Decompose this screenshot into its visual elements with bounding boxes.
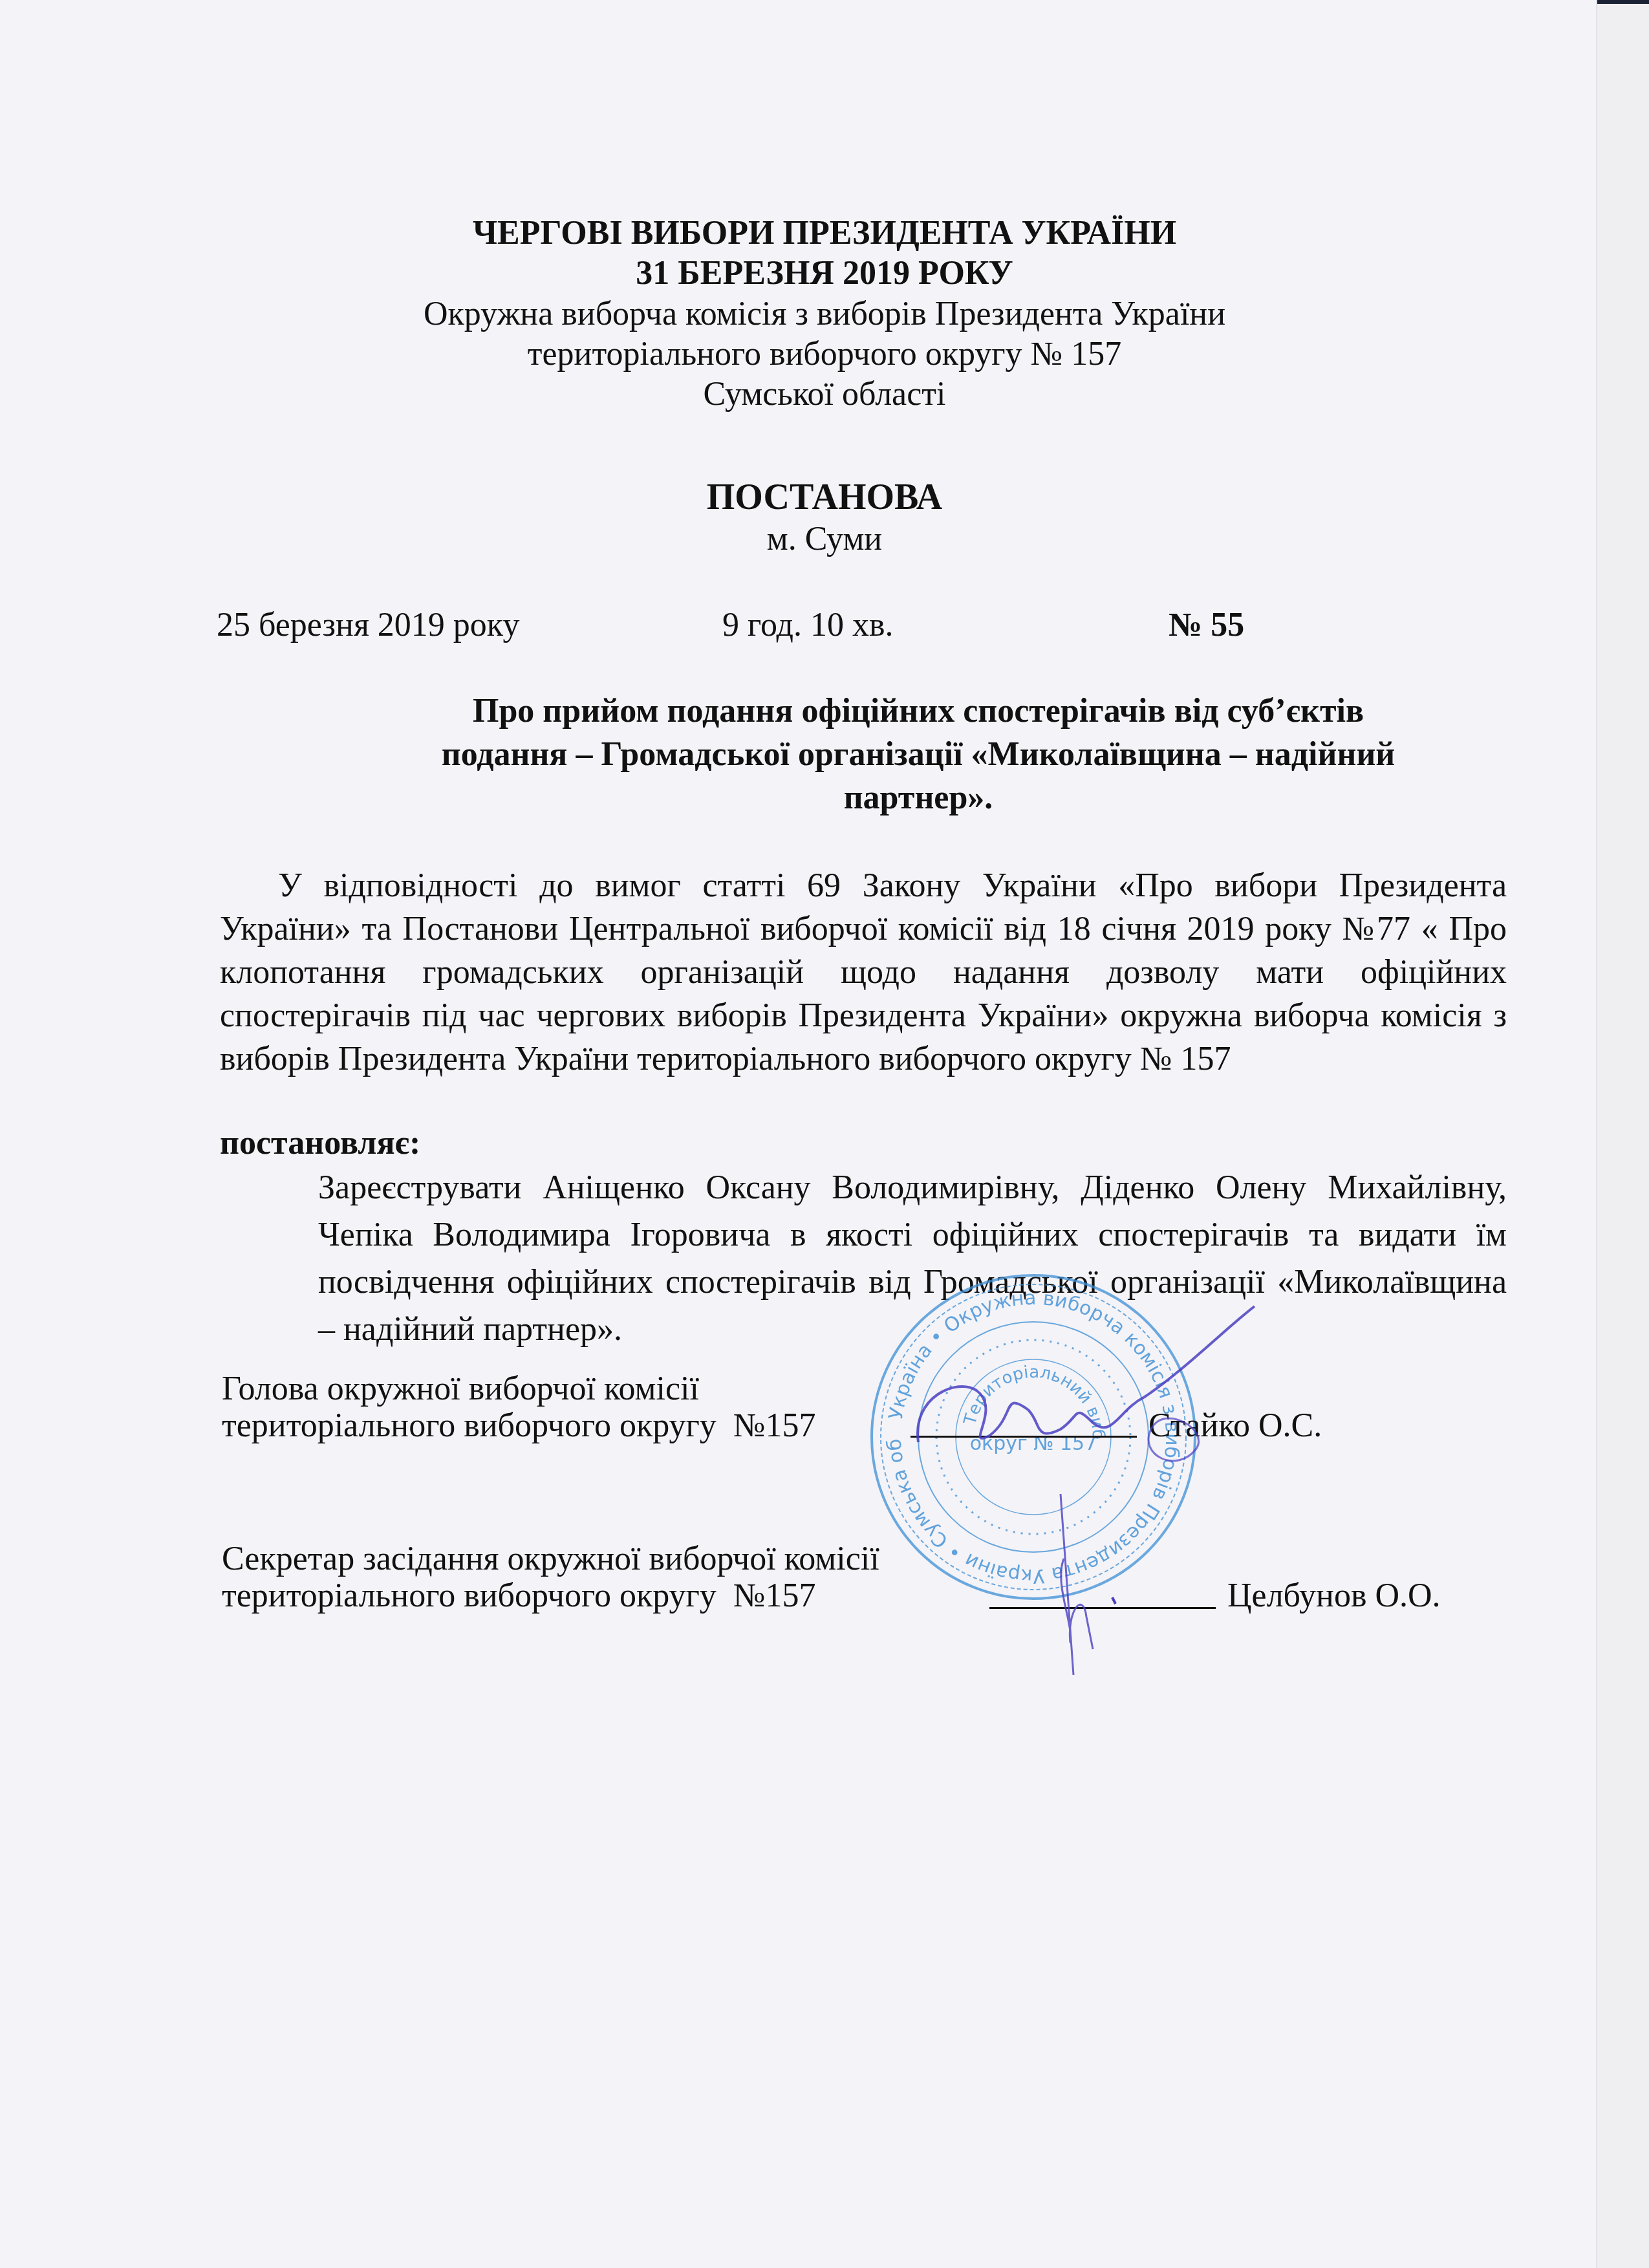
subject-line-1: Про прийом подання офіційних спостерігач… — [362, 689, 1474, 733]
signature-secretary-role-1: Секретар засідання окружної виборчої ком… — [222, 1539, 879, 1579]
handwritten-signature-secretary-icon — [1035, 1481, 1164, 1688]
header-region: Сумської області — [0, 374, 1649, 415]
resolves-label: постановляє: — [220, 1123, 420, 1163]
signature-secretary-role-2: територіального виборчого округу №157 — [222, 1576, 815, 1616]
document-number: № 55 — [1169, 605, 1244, 645]
subject-line-2: подання – Громадської організації «Микол… — [362, 733, 1474, 776]
header-commission: Окружна виборча комісія з виборів Презид… — [0, 294, 1649, 334]
document-time: 9 год. 10 хв. — [722, 605, 894, 645]
document-city: м. Суми — [0, 519, 1649, 559]
header-election-title: ЧЕРГОВІ ВИБОРИ ПРЕЗИДЕНТА УКРАЇНИ — [0, 213, 1649, 254]
body-preamble: У відповідності до вимог статті 69 Закон… — [220, 864, 1507, 1081]
signature-chair-role-1: Голова окружної виборчої комісії — [222, 1369, 699, 1409]
header-election-date: 31 БЕРЕЗНЯ 2019 РОКУ — [0, 254, 1649, 294]
scan-corner-shadow — [1597, 0, 1649, 4]
handwritten-signature-chair-icon — [905, 1280, 1267, 1474]
document-date: 25 березня 2019 року — [217, 605, 519, 645]
signature-chair-role-2: територіального виборчого округу №157 — [222, 1406, 815, 1446]
header-district: територіального виборчого округу № 157 — [0, 334, 1649, 374]
signature-secretary-name: Целбунов О.О. — [1227, 1576, 1441, 1616]
document-type-title: ПОСТАНОВА — [0, 477, 1649, 517]
subject-line-3: партнер». — [362, 776, 1474, 819]
